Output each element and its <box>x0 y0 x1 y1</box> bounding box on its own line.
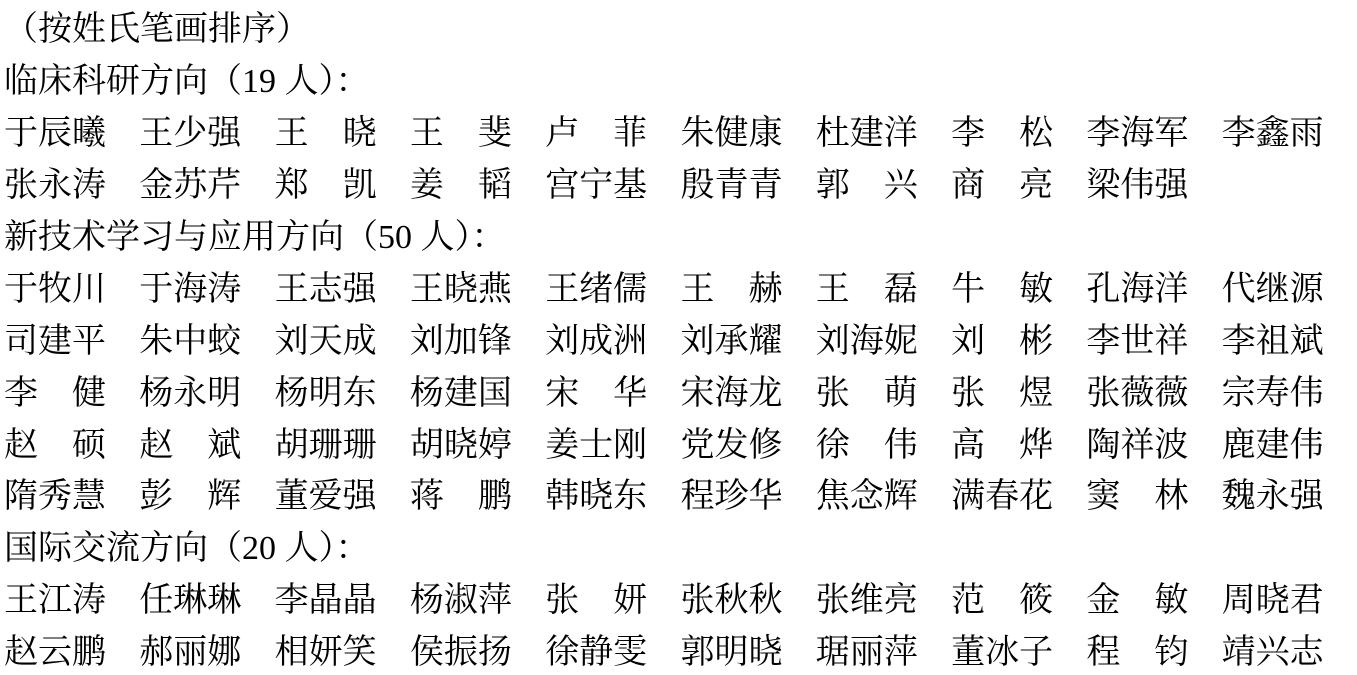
name-item: 王绪儒 <box>545 261 680 310</box>
name-item: 朱健康 <box>680 105 815 154</box>
name-item: 赵 硕 <box>4 417 139 466</box>
name-item: 高 烨 <box>951 417 1086 466</box>
name-item: 张薇薇 <box>1086 365 1221 414</box>
name-row: 于辰曦王少强王 晓王 斐卢 菲朱健康杜建洋李 松李海军李鑫雨 <box>4 104 1357 156</box>
name-item: 周晓君 <box>1222 572 1357 621</box>
name-item: 董爱强 <box>275 468 410 517</box>
name-item: 隋秀慧 <box>4 468 139 517</box>
name-item: 郑 凯 <box>275 157 410 206</box>
name-row: 张永涛金苏芹郑 凯姜 韬宫宁基殷青青郭 兴商 亮梁伟强 <box>4 156 1357 208</box>
name-grid: 于辰曦王少强王 晓王 斐卢 菲朱健康杜建洋李 松李海军李鑫雨张永涛金苏芹郑 凯姜… <box>4 104 1357 208</box>
name-item: 杨淑萍 <box>410 572 545 621</box>
name-item: 司建平 <box>4 313 139 362</box>
name-item: 程珍华 <box>680 468 815 517</box>
name-item: 卢 菲 <box>545 105 680 154</box>
name-item: 张 萌 <box>816 365 951 414</box>
name-item: 王 赫 <box>680 261 815 310</box>
name-row: 赵云鹏郝丽娜相妍笑侯振扬徐静雯郭明晓琚丽萍董冰子程 钧靖兴志 <box>4 623 1357 675</box>
section-clinical-research: 临床科研方向（19 人）： 于辰曦王少强王 晓王 斐卢 菲朱健康杜建洋李 松李海… <box>4 52 1357 208</box>
name-item: 王 晓 <box>275 105 410 154</box>
name-item: 王志强 <box>275 261 410 310</box>
name-item: 王 磊 <box>816 261 951 310</box>
name-row: 赵 硕赵 斌胡珊珊胡晓婷姜士刚党发修徐 伟高 烨陶祥波鹿建伟 <box>4 415 1357 467</box>
name-item: 胡晓婷 <box>410 417 545 466</box>
name-item: 宋海龙 <box>680 365 815 414</box>
name-item: 党发修 <box>680 417 815 466</box>
name-row: 隋秀慧彭 辉董爱强蒋 鹏韩晓东程珍华焦念辉满春花窦 林魏永强 <box>4 467 1357 519</box>
name-item: 胡珊珊 <box>275 417 410 466</box>
name-item: 范 筱 <box>951 572 1086 621</box>
name-item: 刘承耀 <box>680 313 815 362</box>
name-item: 杜建洋 <box>816 105 951 154</box>
name-item: 宋 华 <box>545 365 680 414</box>
name-row: 王江涛任琳琳李晶晶杨淑萍张 妍张秋秋张维亮范 筱金 敏周晓君 <box>4 571 1357 623</box>
name-item: 陶祥波 <box>1086 417 1221 466</box>
name-item: 彭 辉 <box>139 468 274 517</box>
name-item: 魏永强 <box>1222 468 1357 517</box>
name-grid: 于牧川于海涛王志强王晓燕王绪儒王 赫王 磊牛 敏孔海洋代继源司建平朱中蛟刘天成刘… <box>4 259 1357 518</box>
name-item: 李鑫雨 <box>1222 105 1357 154</box>
name-item: 姜士刚 <box>545 417 680 466</box>
name-item: 于辰曦 <box>4 105 139 154</box>
name-item: 鹿建伟 <box>1222 417 1357 466</box>
name-item: 李 健 <box>4 365 139 414</box>
name-item: 张秋秋 <box>680 572 815 621</box>
name-item: 李祖斌 <box>1222 313 1357 362</box>
section-heading: 临床科研方向（19 人）： <box>4 52 1357 104</box>
name-item: 赵云鹏 <box>4 624 139 673</box>
name-item: 靖兴志 <box>1222 624 1357 673</box>
name-item: 焦念辉 <box>816 468 951 517</box>
name-item: 刘成洲 <box>545 313 680 362</box>
name-item: 任琳琳 <box>139 572 274 621</box>
name-item: 窦 林 <box>1086 468 1221 517</box>
name-item: 于牧川 <box>4 261 139 310</box>
name-item: 郭明晓 <box>680 624 815 673</box>
section-heading: 国际交流方向（20 人）： <box>4 519 1357 571</box>
name-item: 殷青青 <box>680 157 815 206</box>
name-item: 杨永明 <box>139 365 274 414</box>
name-item: 徐 伟 <box>816 417 951 466</box>
name-item: 董冰子 <box>951 624 1086 673</box>
name-item: 赵 斌 <box>139 417 274 466</box>
name-row: 司建平朱中蛟刘天成刘加锋刘成洲刘承耀刘海妮刘 彬李世祥李祖斌 <box>4 311 1357 363</box>
name-item: 杨明东 <box>275 365 410 414</box>
name-item: 王晓燕 <box>410 261 545 310</box>
name-item: 李晶晶 <box>275 572 410 621</box>
name-item: 于海涛 <box>139 261 274 310</box>
name-item: 杨建国 <box>410 365 545 414</box>
name-item: 郭 兴 <box>816 157 951 206</box>
name-item: 王 斐 <box>410 105 545 154</box>
name-item: 刘天成 <box>275 313 410 362</box>
name-item: 刘加锋 <box>410 313 545 362</box>
name-item: 满春花 <box>951 468 1086 517</box>
section-new-technology: 新技术学习与应用方向（50 人）： 于牧川于海涛王志强王晓燕王绪儒王 赫王 磊牛… <box>4 208 1357 519</box>
name-item: 相妍笑 <box>275 624 410 673</box>
name-item: 张维亮 <box>816 572 951 621</box>
name-item: 李世祥 <box>1086 313 1221 362</box>
name-item: 商 亮 <box>951 157 1086 206</box>
name-item: 刘海妮 <box>816 313 951 362</box>
name-item: 王少强 <box>139 105 274 154</box>
name-row: 李 健杨永明杨明东杨建国宋 华宋海龙张 萌张 煜张薇薇宗寿伟 <box>4 363 1357 415</box>
name-item: 李 松 <box>951 105 1086 154</box>
name-row: 于牧川于海涛王志强王晓燕王绪儒王 赫王 磊牛 敏孔海洋代继源 <box>4 259 1357 311</box>
name-item: 宫宁基 <box>545 157 680 206</box>
name-item: 宗寿伟 <box>1222 365 1357 414</box>
name-item: 蒋 鹏 <box>410 468 545 517</box>
name-item: 张永涛 <box>4 157 139 206</box>
name-item: 朱中蛟 <box>139 313 274 362</box>
section-international-exchange: 国际交流方向（20 人）： 王江涛任琳琳李晶晶杨淑萍张 妍张秋秋张维亮范 筱金 … <box>4 519 1357 675</box>
name-item: 牛 敏 <box>951 261 1086 310</box>
name-item: 李海军 <box>1086 105 1221 154</box>
name-item: 张 妍 <box>545 572 680 621</box>
sort-note: （按姓氏笔画排序） <box>4 0 1357 52</box>
name-grid: 王江涛任琳琳李晶晶杨淑萍张 妍张秋秋张维亮范 筱金 敏周晓君赵云鹏郝丽娜相妍笑侯… <box>4 571 1357 675</box>
section-heading: 新技术学习与应用方向（50 人）： <box>4 208 1357 260</box>
name-item: 侯振扬 <box>410 624 545 673</box>
name-item: 金 敏 <box>1086 572 1221 621</box>
name-item: 孔海洋 <box>1086 261 1221 310</box>
name-item: 韩晓东 <box>545 468 680 517</box>
name-item: 代继源 <box>1222 261 1357 310</box>
name-item: 王江涛 <box>4 572 139 621</box>
name-item: 徐静雯 <box>545 624 680 673</box>
name-item: 程 钧 <box>1086 624 1221 673</box>
name-item: 梁伟强 <box>1086 157 1221 206</box>
name-item: 张 煜 <box>951 365 1086 414</box>
name-item: 郝丽娜 <box>139 624 274 673</box>
name-item: 刘 彬 <box>951 313 1086 362</box>
document-page: （按姓氏笔画排序） 临床科研方向（19 人）： 于辰曦王少强王 晓王 斐卢 菲朱… <box>0 0 1357 675</box>
name-item: 琚丽萍 <box>816 624 951 673</box>
name-item: 金苏芹 <box>139 157 274 206</box>
name-item: 姜 韬 <box>410 157 545 206</box>
